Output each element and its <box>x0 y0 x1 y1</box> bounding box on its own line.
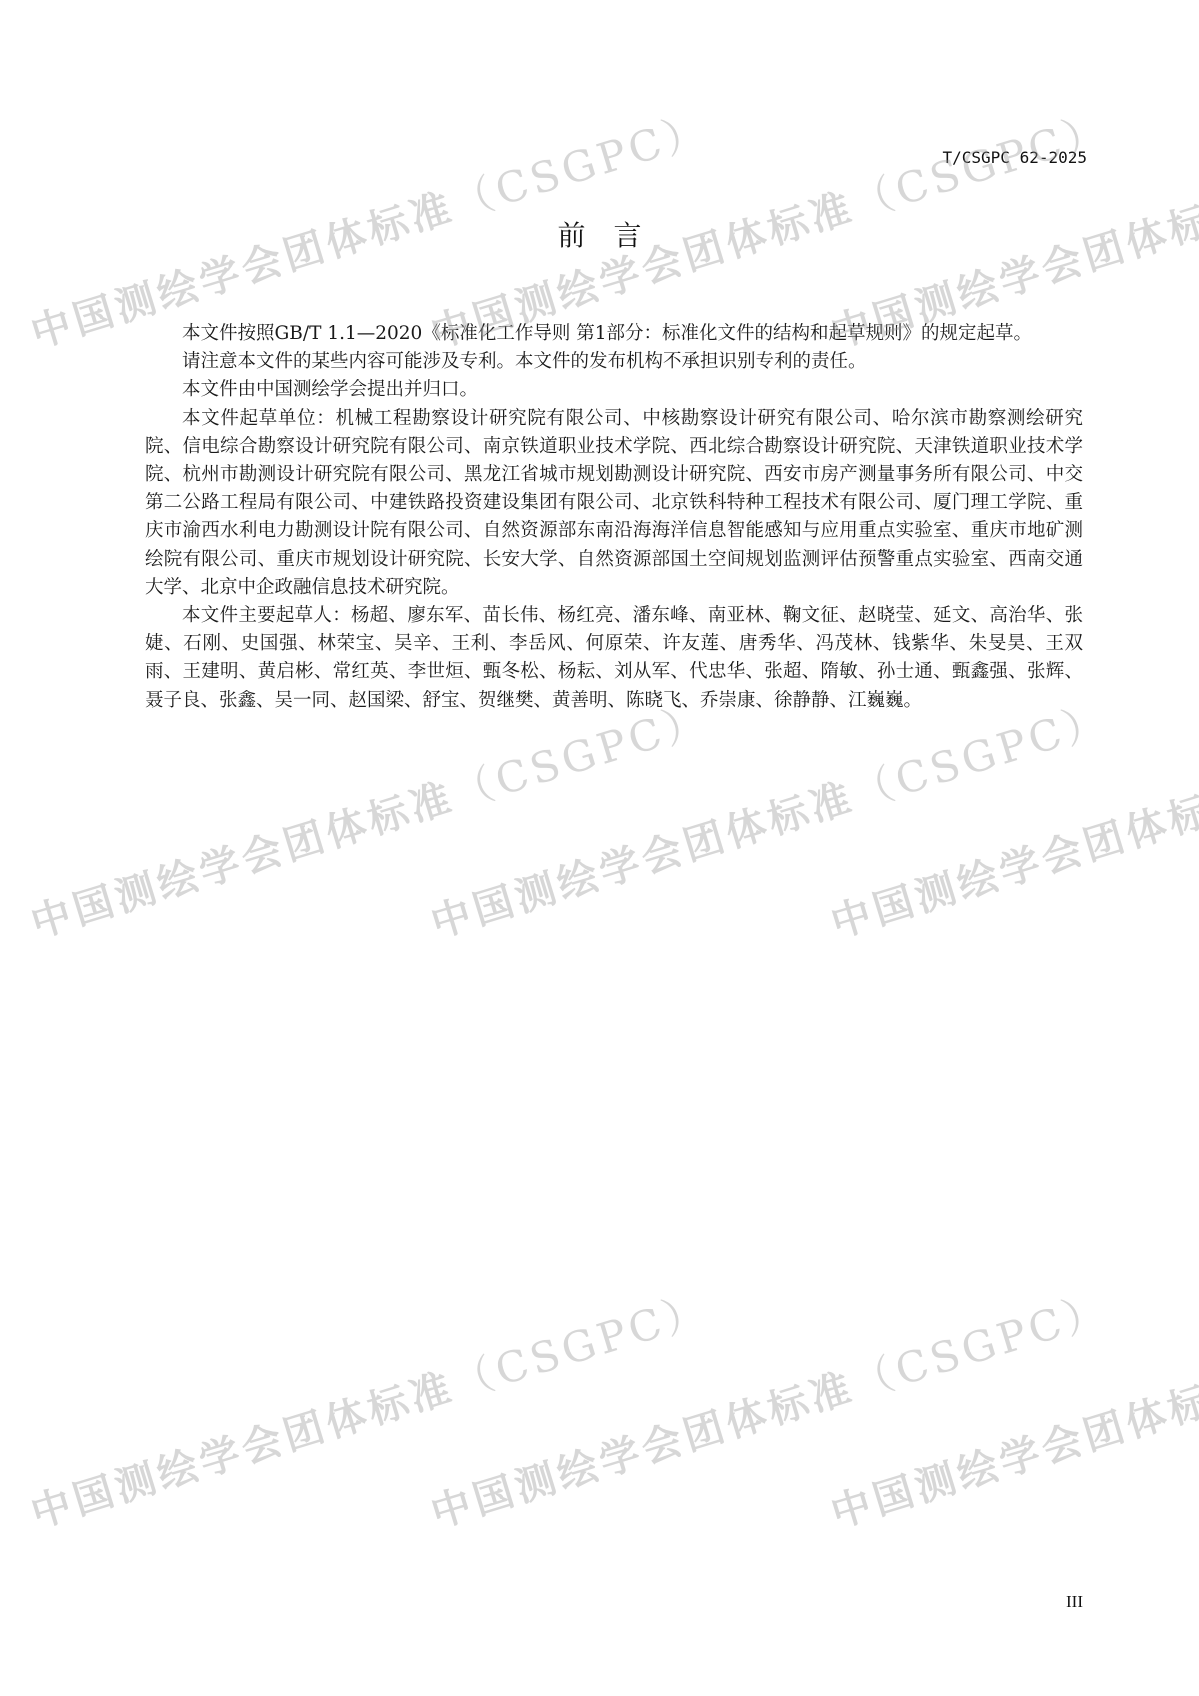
paragraph-drafters: 本文件主要起草人：杨超、廖东军、苗长伟、杨红亮、潘东峰、南亚林、鞠文征、赵晓莹、… <box>145 602 1083 715</box>
watermark: 中国测绘学会团体标准（CSGPC） <box>822 1276 1199 1540</box>
watermark-layer: 中国测绘学会团体标准（CSGPC） 中国测绘学会团体标准（CSGPC） 中国测绘… <box>0 0 1199 1696</box>
paragraph-drafting-rules: 本文件按照GB/T 1.1—2020《标准化工作导则 第1部分：标准化文件的结构… <box>145 320 1083 348</box>
watermark: 中国测绘学会团体标准（CSGPC） <box>422 686 1116 950</box>
foreword-body: 本文件按照GB/T 1.1—2020《标准化工作导则 第1部分：标准化文件的结构… <box>145 320 1083 715</box>
standard-number: T/CSGPC 62-2025 <box>943 148 1088 167</box>
document-page: T/CSGPC 62-2025 前言 本文件按照GB/T 1.1—2020《标准… <box>0 0 1199 1696</box>
watermark: 中国测绘学会团体标准（CSGPC） <box>22 686 716 950</box>
watermark: 中国测绘学会团体标准（CSGPC） <box>22 1276 716 1540</box>
page-title: 前言 <box>0 214 1199 254</box>
page-number: III <box>1066 1592 1083 1612</box>
paragraph-patent-notice: 请注意本文件的某些内容可能涉及专利。本文件的发布机构不承担识别专利的责任。 <box>145 348 1083 376</box>
paragraph-drafting-units: 本文件起草单位：机械工程勘察设计研究院有限公司、中核勘察设计研究有限公司、哈尔滨… <box>145 405 1083 602</box>
watermark: 中国测绘学会团体标准（CSGPC） <box>822 686 1199 950</box>
paragraph-proposer: 本文件由中国测绘学会提出并归口。 <box>145 376 1083 404</box>
watermark: 中国测绘学会团体标准（CSGPC） <box>422 1276 1116 1540</box>
